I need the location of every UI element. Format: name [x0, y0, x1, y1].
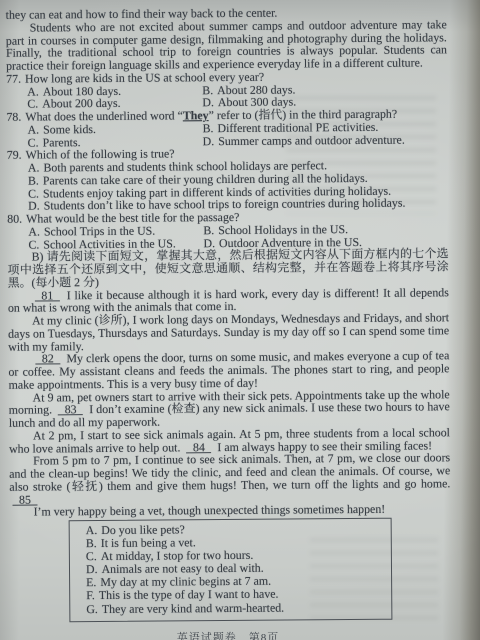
blank-84: 84 [186, 442, 211, 453]
question-78-options: A.Some kids. B.Different traditional PE … [27, 120, 447, 149]
question-number: 78. [6, 110, 21, 124]
question-number: 80. [7, 212, 22, 226]
question-79-options: A.Both parents and students think school… [28, 158, 448, 212]
exam-sheet: they can eat and how to find their way b… [6, 5, 452, 622]
question-77: 77.How long are kids in the US at school… [6, 69, 447, 111]
question-80: 80.What would be the best title for the … [7, 209, 448, 251]
passage2-paragraph-2: At my clinic (诊所), I work long days on M… [8, 311, 449, 353]
question-number: 77. [6, 71, 21, 85]
option-78-D: D.Summer camps and outdoor adventure. [203, 133, 448, 148]
question-number: 79. [7, 148, 22, 162]
passage2-paragraph-7: I’m very happy being a vet, though unexp… [10, 503, 451, 519]
photographed-exam-page: they can eat and how to find their way b… [0, 0, 480, 640]
blank-85: 85 [12, 494, 37, 505]
box-option-G: G.They are very kind and warm-hearted. [86, 600, 383, 615]
blank-82: 82 [35, 354, 60, 365]
section-b-instruction: B) 请先阅读下面短文，掌握其大意，然后根据短文内容从下面方框内的七个选项中选择… [7, 248, 448, 290]
page-footer: 英语试题卷 第8页 [118, 629, 338, 640]
question-79: 79.Which of the following is true? A.Bot… [7, 146, 448, 213]
passage2-paragraph-6: From 5 pm to 7 pm, I continue to see sic… [9, 452, 450, 506]
passage2-paragraph-3: 82 My clerk opens the door, turns on som… [8, 350, 449, 392]
question-78: 78.What does the underlined word “They” … [6, 107, 447, 149]
passage1-paragraph: Students who are not excited about summe… [6, 18, 447, 72]
blank-83: 83 [58, 404, 83, 415]
answer-options-box: A.Do you like pets? B.It is fun being a … [69, 518, 393, 622]
page-edge-shadow [442, 0, 480, 640]
passage2-paragraph-4: At 9 am, pet owners start to arrive with… [9, 388, 450, 430]
blank-81: 81 [35, 290, 60, 301]
